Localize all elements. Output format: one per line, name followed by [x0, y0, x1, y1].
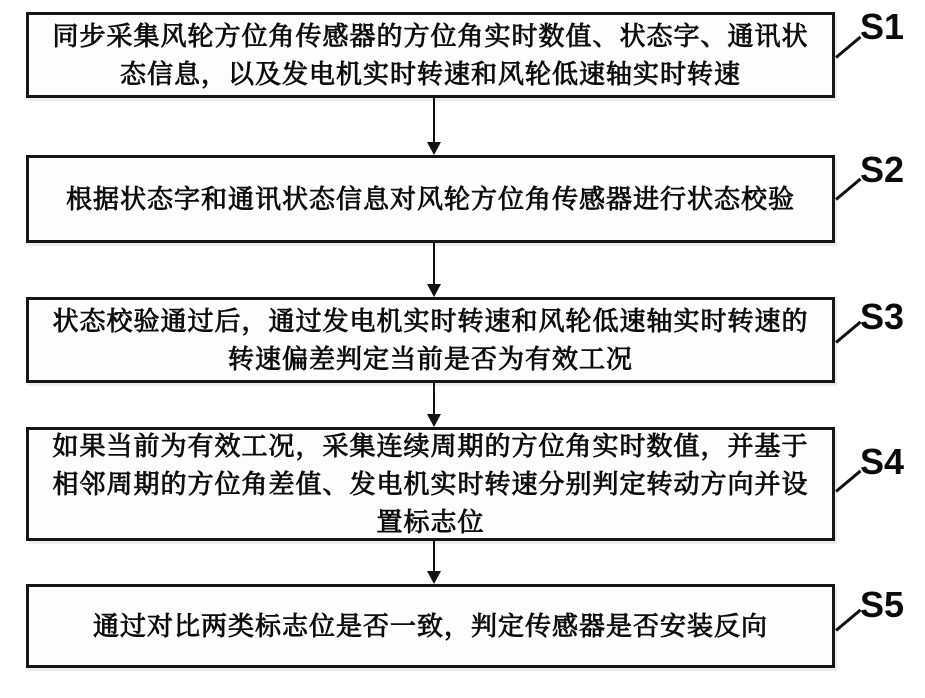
arrow-head [427, 414, 441, 427]
arrow-head [427, 142, 441, 155]
step-text-s3: 状态校验通过后，通过发电机实时转速和风轮低速轴实时转速的 转速偏差判定当前是否为… [46, 302, 814, 378]
arrow-shaft [433, 541, 435, 572]
step-label-s4: S4 [860, 441, 904, 483]
flow-arrow-2-icon [426, 243, 441, 297]
label-tick-s1 [835, 36, 861, 59]
flow-arrow-1-icon [426, 98, 441, 155]
step-box-s3: 状态校验通过后，通过发电机实时转速和风轮低速轴实时转速的 转速偏差判定当前是否为… [26, 297, 835, 383]
step-text-s2: 根据状态字和通讯状态信息对风轮方位角传感器进行状态校验 [60, 180, 801, 218]
step-label-s5: S5 [860, 584, 904, 626]
step-label-s2: S2 [860, 149, 904, 191]
step-label-s1: S1 [860, 6, 904, 48]
step-text-s1: 同步采集风轮方位角传感器的方位角实时数值、状态字、通讯状 态信息，以及发电机实时… [46, 17, 814, 93]
step-label-s3: S3 [860, 296, 904, 338]
label-tick-s4 [835, 470, 861, 493]
step-box-s1: 同步采集风轮方位角传感器的方位角实时数值、状态字、通讯状 态信息，以及发电机实时… [26, 12, 835, 98]
arrow-head [427, 284, 441, 297]
flow-arrow-4-icon [426, 541, 441, 584]
label-tick-s5 [835, 609, 861, 632]
flowchart-canvas: 同步采集风轮方位角传感器的方位角实时数值、状态字、通讯状 态信息，以及发电机实时… [0, 0, 925, 698]
step-text-s4: 如果当前为有效工况，采集连续周期的方位角实时数值，并基于 相邻周期的方位角差值、… [46, 427, 814, 541]
flow-arrow-3-icon [426, 383, 441, 427]
label-tick-s3 [835, 321, 861, 344]
step-box-s5: 通过对比两类标志位是否一致，判定传感器是否安装反向 [26, 584, 835, 668]
step-box-s4: 如果当前为有效工况，采集连续周期的方位角实时数值，并基于 相邻周期的方位角差值、… [26, 427, 835, 541]
arrow-shaft [433, 98, 435, 143]
arrow-head [427, 571, 441, 584]
arrow-shaft [433, 383, 435, 415]
label-tick-s2 [835, 178, 861, 201]
arrow-shaft [433, 243, 435, 285]
step-text-s5: 通过对比两类标志位是否一致，判定传感器是否安装反向 [87, 607, 774, 645]
step-box-s2: 根据状态字和通讯状态信息对风轮方位角传感器进行状态校验 [26, 155, 835, 243]
